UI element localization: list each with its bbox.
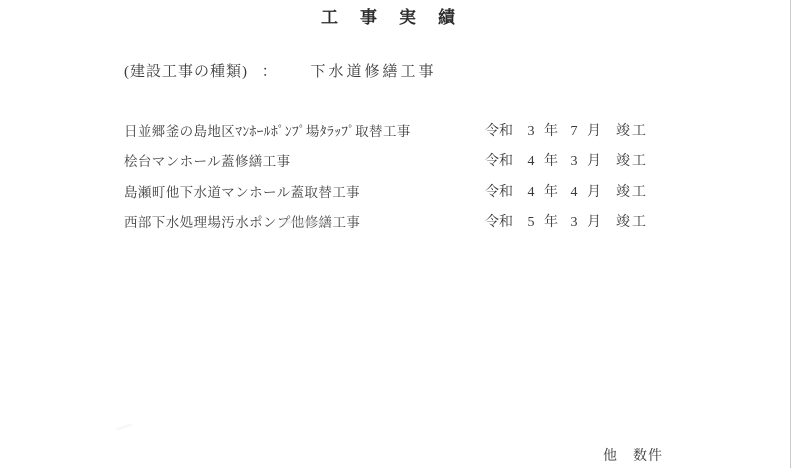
month-unit: 月 bbox=[587, 181, 601, 201]
year-unit: 年 bbox=[544, 211, 558, 231]
era-label: 令和 bbox=[485, 181, 515, 201]
construction-type-line: (建設工事の種類) ： 下水道修繕工事 bbox=[124, 60, 437, 81]
completion-date: 令和 4 年 3 月 竣工 bbox=[485, 150, 648, 170]
year-value: 5 bbox=[521, 215, 541, 231]
year-unit: 年 bbox=[544, 120, 558, 140]
month-value: 3 bbox=[564, 215, 584, 231]
scan-artifact bbox=[282, 220, 324, 224]
project-row: 桧台マンホール蓋修繕工事 令和 4 年 3 月 竣工 bbox=[0, 150, 800, 168]
year-value: 4 bbox=[521, 185, 541, 201]
project-name: 桧台マンホール蓋修繕工事 bbox=[124, 150, 291, 170]
scan-page-edge-line bbox=[790, 0, 791, 468]
month-unit: 月 bbox=[587, 120, 601, 140]
scanned-document-page: 工事実績 (建設工事の種類) ： 下水道修繕工事 日並郷釜の島地区ﾏﾝﾎｰﾙﾎﾟ… bbox=[0, 0, 800, 468]
completion-status: 竣工 bbox=[616, 211, 648, 231]
construction-type-label: (建設工事の種類) bbox=[124, 64, 248, 80]
scan-artifact bbox=[116, 424, 132, 431]
month-value: 4 bbox=[564, 185, 584, 201]
era-label: 令和 bbox=[485, 120, 515, 140]
year-value: 4 bbox=[521, 154, 541, 170]
month-value: 7 bbox=[564, 124, 584, 140]
footer-note: 他 数件 bbox=[603, 445, 663, 465]
completion-status: 竣工 bbox=[616, 150, 648, 170]
project-row: 西部下水処理場汚水ポンプ他修繕工事 令和 5 年 3 月 竣工 bbox=[0, 211, 800, 229]
project-name: 日並郷釜の島地区ﾏﾝﾎｰﾙﾎﾟﾝﾌﾟ場ﾀﾗｯﾌﾟ取替工事 bbox=[124, 120, 411, 140]
year-unit: 年 bbox=[544, 150, 558, 170]
month-unit: 月 bbox=[587, 211, 601, 231]
month-unit: 月 bbox=[587, 150, 601, 170]
era-label: 令和 bbox=[485, 211, 515, 231]
era-label: 令和 bbox=[485, 150, 515, 170]
year-value: 3 bbox=[521, 124, 541, 140]
document-title: 工事実績 bbox=[321, 3, 477, 28]
project-name: 島瀬町他下水道マンホール蓋取替工事 bbox=[124, 181, 360, 201]
project-row: 日並郷釜の島地区ﾏﾝﾎｰﾙﾎﾟﾝﾌﾟ場ﾀﾗｯﾌﾟ取替工事 令和 3 年 7 月 … bbox=[0, 120, 800, 138]
completion-date: 令和 3 年 7 月 竣工 bbox=[485, 120, 648, 140]
construction-type-colon: ： bbox=[262, 64, 277, 80]
month-value: 3 bbox=[564, 154, 584, 170]
completion-status: 竣工 bbox=[616, 120, 648, 140]
completion-date: 令和 5 年 3 月 竣工 bbox=[485, 211, 648, 231]
project-name: 西部下水処理場汚水ポンプ他修繕工事 bbox=[124, 211, 360, 231]
project-row: 島瀬町他下水道マンホール蓋取替工事 令和 4 年 4 月 竣工 bbox=[0, 181, 800, 199]
completion-date: 令和 4 年 4 月 竣工 bbox=[485, 181, 648, 201]
completion-status: 竣工 bbox=[616, 181, 648, 201]
construction-type-value: 下水道修繕工事 bbox=[311, 64, 437, 80]
year-unit: 年 bbox=[544, 181, 558, 201]
